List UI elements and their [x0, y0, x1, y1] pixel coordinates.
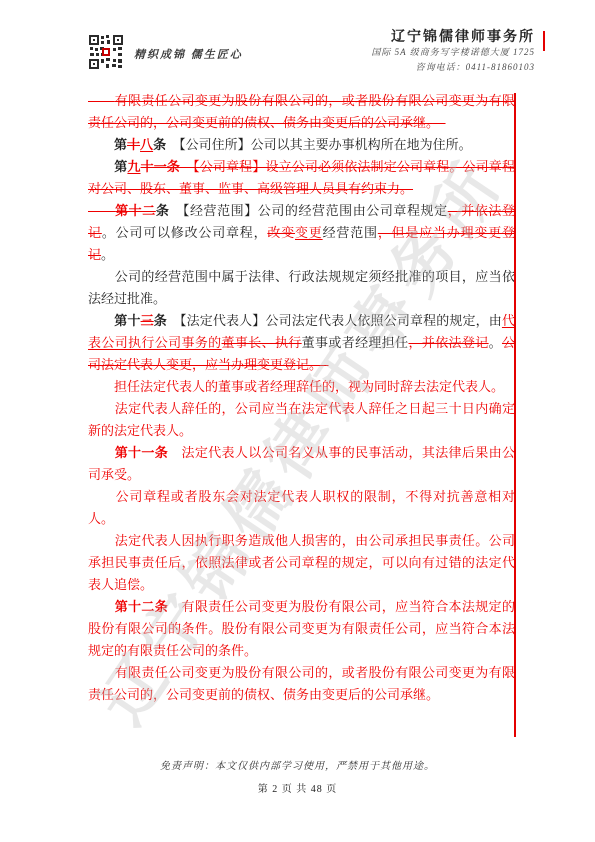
paragraph-succession-after-conversion: 有限责任公司变更为股份有限公司的，或者股份有限公司变更为有限责任公司的，公司变更… — [88, 662, 515, 706]
paragraph-article-eleven-civil-acts: 第十一条 法定代表人以公司名义从事的民事活动，其法律后果由公司承受。 — [88, 442, 515, 486]
document-page: 精织成锦 儒生匠心 辽宁锦儒律师事务所 国际 5A 级商务写字楼诺德大厦 172… — [0, 0, 595, 842]
firm-contact-block: 辽宁锦儒律师事务所 国际 5A 级商务写字楼诺德大厦 1725 咨询电话：041… — [371, 30, 535, 75]
paragraph-restriction-good-faith: 公司章程或者股东会对法定代表人职权的限制，不得对抗善意相对人。 — [88, 486, 515, 530]
paragraph-inserted-thirty-day-rule: 法定代表人辞任的，公司应当在法定代表人辞任之日起三十日内确定新的法定代表人。 — [88, 398, 515, 442]
firm-name: 辽宁锦儒律师事务所 — [371, 30, 535, 45]
paragraph-article-twelve-conversion: 第十二条 有限责任公司变更为股份有限公司，应当符合本法规定的股份有限公司的条件。… — [88, 596, 515, 662]
footer-disclaimer: 免责声明：本文仅供内部学习使用，严禁用于其他用途。 — [0, 757, 595, 772]
paragraph-liability-recourse: 法定代表人因执行职务造成他人损害的，由公司承担民事责任。公司承担民事责任后，依照… — [88, 530, 515, 596]
letterhead: 精织成锦 儒生匠心 辽宁锦儒律师事务所 国际 5A 级商务写字楼诺德大厦 172… — [88, 30, 545, 78]
firm-slogan: 精织成锦 儒生匠心 — [134, 46, 243, 62]
revision-change-bar — [514, 93, 516, 737]
paragraph-deleted-succession-clause: 有限责任公司变更为股份有限公司的，或者股份有限公司变更为有限责任公司的，公司变更… — [88, 90, 515, 134]
header-red-accent-bar — [543, 31, 545, 51]
paragraph-article-domicile: 第十八条 【公司住所】公司以其主要办事机构所在地为住所。 — [88, 134, 515, 156]
footer-page-number: 第 2 页 共 48 页 — [0, 780, 595, 795]
firm-address: 国际 5A 级商务写字楼诺德大厦 1725 — [371, 45, 535, 60]
qr-code-icon — [88, 34, 124, 70]
paragraph-inserted-resignation-rule: 担任法定代表人的董事或者经理辞任的，视为同时辞去法定代表人。 — [88, 376, 515, 398]
document-body: 有限责任公司变更为股份有限公司的，或者股份有限公司变更为有限责任公司的，公司变更… — [88, 90, 515, 706]
paragraph-article-business-scope: 第十二条 【经营范围】公司的经营范围由公司章程规定，并依法登记。公司可以修改公司… — [88, 200, 515, 266]
paragraph-article-legal-representative: 第十三条 【法定代表人】公司法定代表人依照公司章程的规定，由代表公司执行公司事务… — [88, 310, 515, 376]
firm-phone: 咨询电话：0411-81860103 — [371, 60, 535, 75]
paragraph-business-scope-approval: 公司的经营范围中属于法律、行政法规规定须经批准的项目，应当依法经过批准。 — [88, 266, 515, 310]
paragraph-deleted-articles-of-association: 第九十一条 【公司章程】设立公司必须依法制定公司章程。公司章程对公司、股东、董事… — [88, 156, 515, 200]
